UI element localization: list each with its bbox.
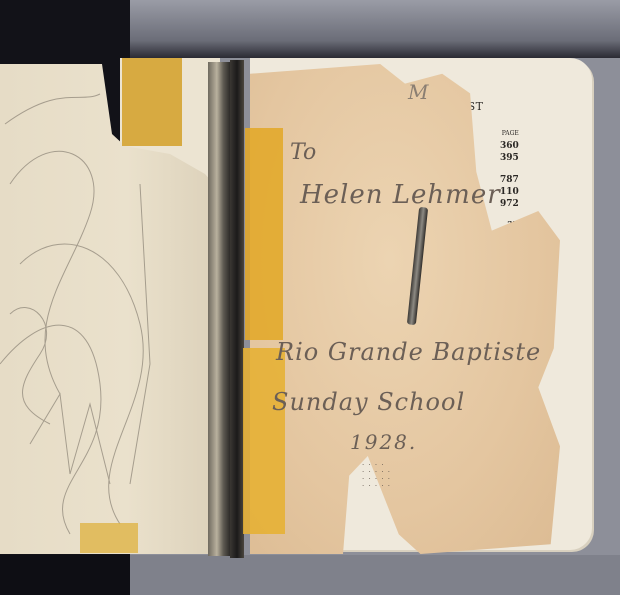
backdrop-top xyxy=(130,0,620,58)
inscription-top-mark: M xyxy=(408,80,428,104)
tape-strip-bottom-left xyxy=(80,523,138,553)
tape-strip-right-lower xyxy=(243,348,285,534)
inscription-school: Sunday School xyxy=(272,388,465,416)
inscription-to: To xyxy=(290,140,316,165)
tape-strip-top-left xyxy=(122,58,182,146)
page-number: 360 xyxy=(500,140,519,152)
inscription-year: 1928. xyxy=(350,430,417,454)
page-number: 972 xyxy=(500,198,519,210)
printed-page-column: PAGE 360 395 787 110 972 ?7 xyxy=(500,128,519,232)
backdrop-bottom xyxy=(130,555,620,595)
page-number: 395 xyxy=(500,152,519,164)
inscription-church: Rio Grande Baptiste xyxy=(276,338,541,366)
tape-strip-right-upper xyxy=(245,128,283,340)
book-spine xyxy=(208,62,230,556)
dot-leader-fragment: · · · ·· · · · ·· · · · ·· · · · · xyxy=(362,462,391,490)
page-number: 787 xyxy=(500,174,519,186)
spine-gutter xyxy=(230,60,244,558)
page-column-header: PAGE xyxy=(500,128,519,140)
backdrop-bottom-dark xyxy=(0,555,130,595)
inscription-recipient: Helen Lehmer xyxy=(300,180,501,210)
page-number: 110 xyxy=(500,186,519,198)
